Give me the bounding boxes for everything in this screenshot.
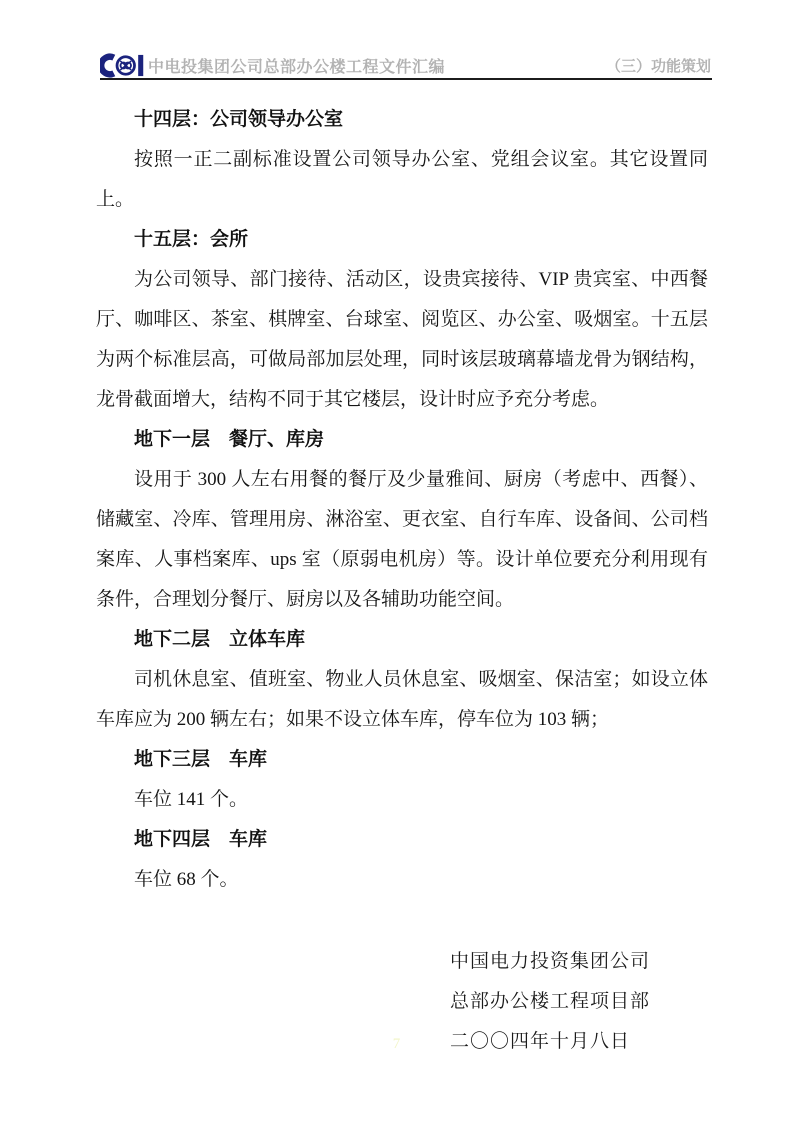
section-heading: 地下一层 餐厅、库房 [96,420,708,460]
document-body: 十四层：公司领导办公室 按照一正二副标准设置公司领导办公室、党组会议室。其它设置… [96,100,708,1062]
section-heading: 地下二层 立体车库 [96,620,708,660]
body-paragraph: 车位 141 个。 [96,780,708,820]
section-heading: 十四层：公司领导办公室 [96,100,708,140]
section-heading: 地下四层 车库 [96,820,708,860]
signature-org-line: 总部办公楼工程项目部 [450,982,650,1022]
body-paragraph: 司机休息室、值班室、物业人员休息室、吸烟室、保洁室；如设立体车库应为 200 辆… [96,660,708,740]
header-rule [100,78,712,80]
body-paragraph: 设用于 300 人左右用餐的餐厅及少量雅间、厨房（考虑中、西餐）、储藏室、冷库、… [96,460,708,620]
header-left: 中电投集团公司总部办公楼工程文件汇编 [100,52,445,79]
page-number: 7 [0,1036,793,1053]
header-section-label: （三）功能策划 [606,55,711,76]
header-title: 中电投集团公司总部办公楼工程文件汇编 [148,54,445,77]
body-paragraph: 按照一正二副标准设置公司领导办公室、党组会议室。其它设置同上。 [96,140,708,220]
page-header: 中电投集团公司总部办公楼工程文件汇编 （三）功能策划 [100,52,711,79]
section-heading: 十五层：会所 [96,220,708,260]
document-page: 中电投集团公司总部办公楼工程文件汇编 （三）功能策划 十四层：公司领导办公室 按… [0,0,793,1122]
body-paragraph: 为公司领导、部门接待、活动区，设贵宾接待、VIP 贵宾室、中西餐厅、咖啡区、茶室… [96,260,708,420]
signature-org-line: 中国电力投资集团公司 [450,942,650,982]
section-heading: 地下三层 车库 [96,740,708,780]
cpi-logo-icon [100,52,146,79]
body-paragraph: 车位 68 个。 [96,860,708,900]
